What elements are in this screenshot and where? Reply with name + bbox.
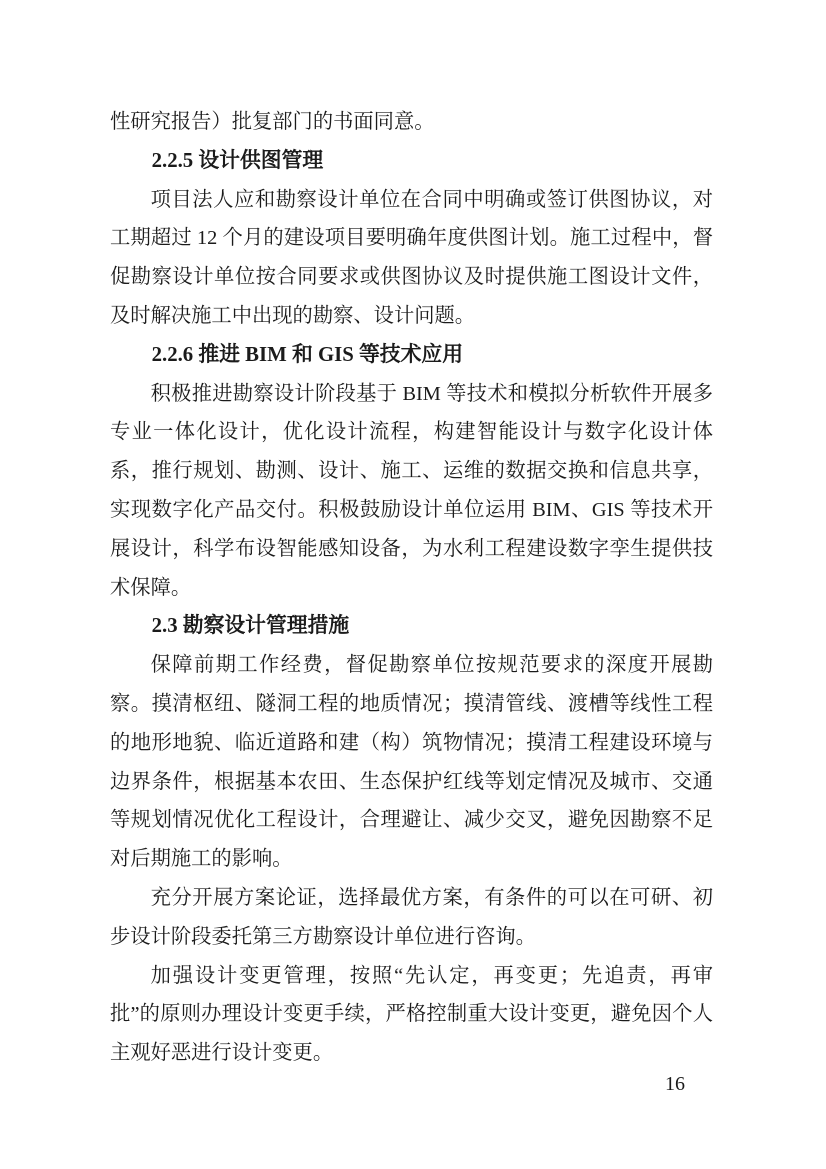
heading-2-2-6-bim-gis-technology: 2.2.6 推进 BIM 和 GIS 等技术应用 (110, 336, 713, 375)
heading-2-2-5-design-drawing-supply-management: 2.2.5 设计供图管理 (110, 142, 713, 181)
paragraph-scheme-demonstration: 充分开展方案论证，选择最优方案，有条件的可以在可研、初步设计阶段委托第三方勘察设… (110, 879, 713, 957)
paragraph-survey-depth: 保障前期工作经费，督促勘察单位按规范要求的深度开展勘察。摸清枢纽、隧洞工程的地质… (110, 646, 713, 879)
page-number: 16 (665, 1070, 685, 1098)
paragraph-drawing-supply: 项目法人应和勘察设计单位在合同中明确或签订供图协议，对工期超过 12 个月的建设… (110, 181, 713, 336)
paragraph-design-change-management: 加强设计变更管理，按照“先认定，再变更；先追责，再审批”的原则办理设计变更手续，… (110, 957, 713, 1073)
paragraph-bim-gis: 积极推进勘察设计阶段基于 BIM 等技术和模拟分析软件开展多专业一体化设计，优化… (110, 375, 713, 608)
document-page: 性研究报告）批复部门的书面同意。 2.2.5 设计供图管理 项目法人应和勘察设计… (0, 0, 826, 1169)
heading-2-3-survey-design-management-measures: 2.3 勘察设计管理措施 (110, 607, 713, 646)
paragraph-continuation: 性研究报告）批复部门的书面同意。 (110, 103, 713, 142)
page-body: 性研究报告）批复部门的书面同意。 2.2.5 设计供图管理 项目法人应和勘察设计… (110, 103, 713, 1073)
